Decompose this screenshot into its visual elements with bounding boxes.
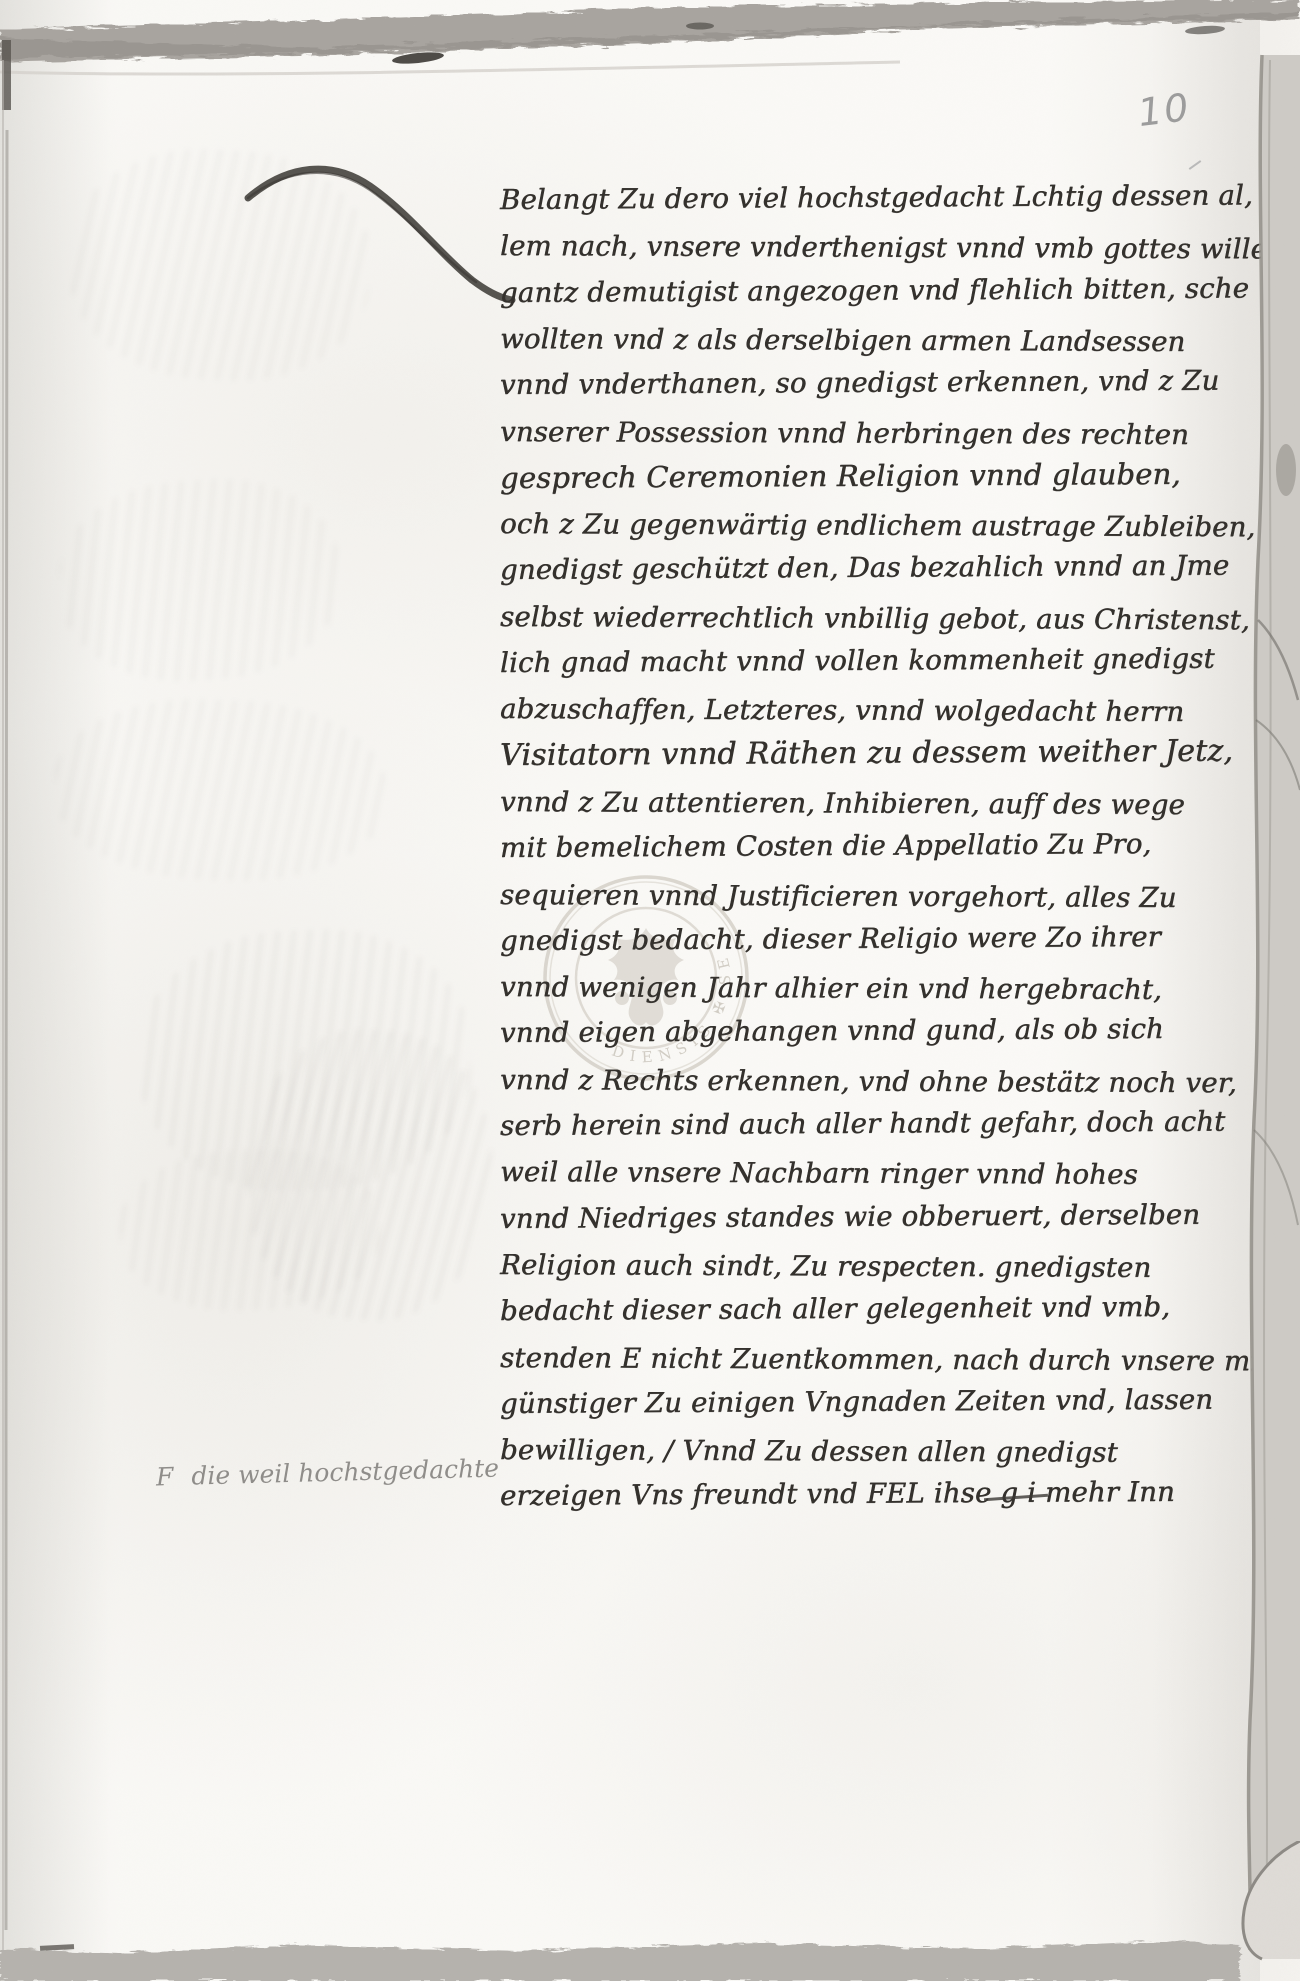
manuscript-line: vnserer Possession vnnd herbringen des r…: [500, 409, 1189, 458]
manuscript-line: Visitatorn vnnd Räthen zu dessem weither…: [500, 728, 1233, 778]
manuscript-line: gantz demutigist angezogen vnd flehlich …: [500, 265, 1249, 316]
margin-note: Fdie weil hochstgedachte: [156, 1454, 500, 1492]
manuscript-line: bewilligen, / Vnnd Zu dessen allen gnedi…: [500, 1427, 1118, 1476]
bottom-deckle-edge: [0, 1841, 1300, 1981]
top-deckle-edge: [0, 0, 1300, 110]
calligraphic-flourish: [240, 150, 530, 320]
manuscript-line: sequieren vnnd Justificieren vorgehort, …: [500, 872, 1177, 921]
right-page-edge: [1140, 0, 1300, 1981]
margin-note-prefix: F: [156, 1462, 174, 1491]
manuscript-line: mit bemelichem Costen die Appellatio Zu …: [500, 821, 1152, 871]
manuscript-line: vnnd Niedriges standes wie obberuert, de…: [500, 1191, 1200, 1241]
manuscript-line: günstiger Zu einigen Vngnaden Zeiten vnd…: [500, 1376, 1213, 1426]
manuscript-line: bedacht dieser sach aller gelegenheit vn…: [500, 1284, 1170, 1334]
manuscript-line: weil alle vnsere Nachbarn ringer vnnd ho…: [500, 1149, 1138, 1198]
manuscript-line: erzeigen Vns freundt vnd FEL ihse g i me…: [500, 1469, 1175, 1519]
manuscript-line: vnnd vnderthanen, so gnedigst erkennen, …: [500, 358, 1220, 408]
manuscript-line: lich gnad macht vnnd vollen kommenheit g…: [500, 636, 1215, 686]
manuscript-line: gnedigst geschützt den, Das bezahlich vn…: [500, 543, 1230, 593]
manuscript-line: Religion auch sindt, Zu respecten. gnedi…: [500, 1242, 1152, 1291]
manuscript-line: gnedigst bedacht, dieser Religio were Zo…: [500, 914, 1161, 964]
manuscript-line: abzuschaffen, Letzteres, vnnd wolgedacht…: [500, 686, 1184, 735]
margin-note-text: die weil hochstgedachte: [191, 1454, 499, 1491]
manuscript-line: gesprech Ceremonien Religion vnnd glaube…: [500, 451, 1181, 501]
manuscript-line: vnnd eigen abgehangen vnnd gund, als ob …: [500, 1006, 1164, 1056]
left-spine-edge: [0, 0, 24, 1981]
manuscript-scan-page: DIENSIS ✠ SE Belangt Zu dero viel hochst…: [0, 0, 1300, 1981]
manuscript-line: serb herein sind auch aller handt gefahr…: [500, 1099, 1226, 1149]
